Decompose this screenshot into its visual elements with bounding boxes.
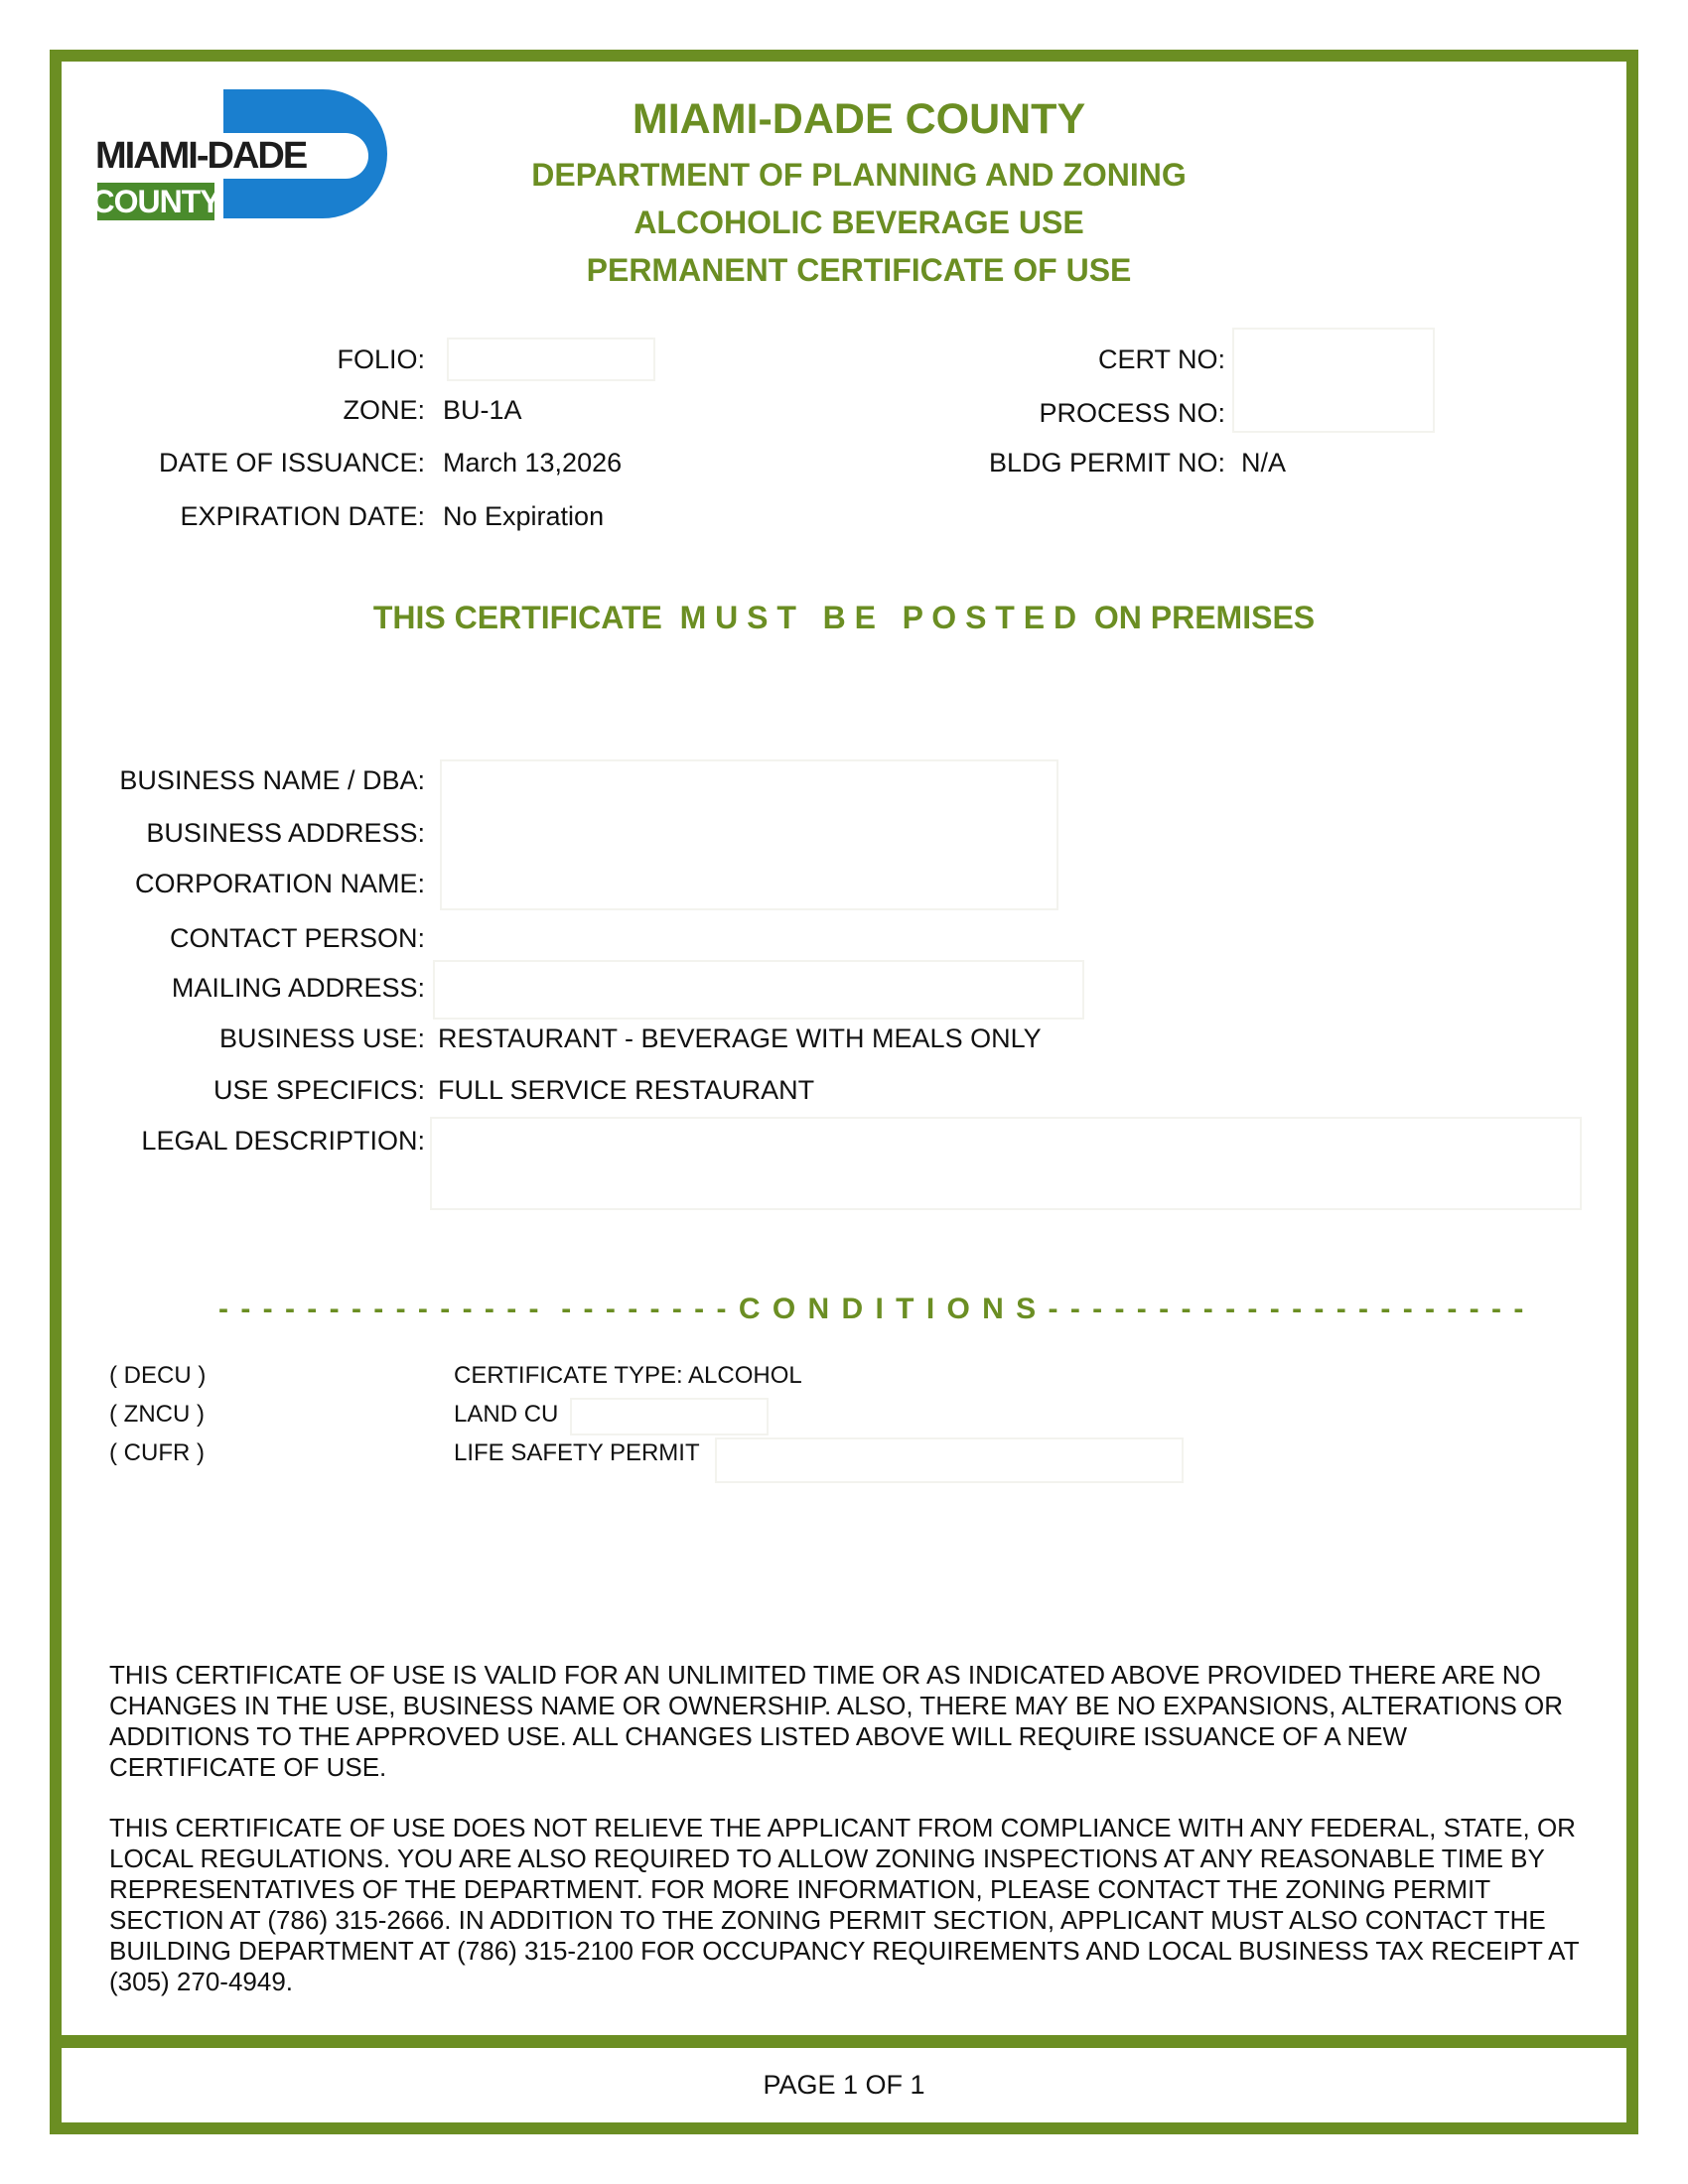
mailing-address-redacted — [433, 960, 1084, 1020]
legal-description-redacted — [430, 1117, 1582, 1210]
posted-notice: THIS CERTIFICATE M U S T B E P O S T E D… — [298, 600, 1390, 636]
condition-text: LIFE SAFETY PERMIT — [454, 1439, 700, 1467]
business-use-value: RESTAURANT - BEVERAGE WITH MEALS ONLY — [438, 1024, 1042, 1054]
issuance-value: March 13,2026 — [443, 448, 622, 478]
cert-no-label: CERT NO: — [1098, 344, 1225, 375]
use-specifics-label: USE SPECIFICS: — [213, 1075, 425, 1106]
county-title: MIAMI-DADE COUNTY — [397, 95, 1321, 144]
logo-county: COUNTY — [97, 183, 214, 220]
conditions-heading: - - - - - - - - - - - - - - - - - - - - … — [218, 1293, 1479, 1326]
process-no-label: PROCESS NO: — [1039, 398, 1225, 429]
cert-process-redacted — [1232, 328, 1435, 433]
contact-person-label: CONTACT PERSON: — [170, 923, 425, 954]
business-name-label: BUSINESS NAME / DBA: — [119, 765, 425, 796]
condition-text: CERTIFICATE TYPE: ALCOHOL — [454, 1362, 802, 1390]
issuance-label: DATE OF ISSUANCE: — [159, 448, 425, 478]
condition-text: LAND CU — [454, 1401, 558, 1429]
condition-code: ( CUFR ) — [109, 1439, 205, 1467]
life-safety-permit-redacted — [715, 1437, 1184, 1483]
use-type-title: ALCOHOLIC BEVERAGE USE — [397, 205, 1321, 241]
miami-dade-logo: MIAMI-DADE COUNTY — [95, 89, 383, 220]
page-number: PAGE 1 OF 1 — [62, 2048, 1626, 2122]
logo-wordmark: MIAMI-DADE — [95, 135, 306, 178]
zone-label: ZONE: — [343, 395, 425, 426]
mailing-address-label: MAILING ADDRESS: — [172, 973, 425, 1004]
department-title: DEPARTMENT OF PLANNING AND ZONING — [397, 157, 1321, 194]
folio-value-redacted — [447, 338, 655, 381]
zone-value: BU-1A — [443, 395, 522, 426]
bldg-permit-label: BLDG PERMIT NO: — [989, 448, 1225, 478]
footer-divider — [50, 2035, 1638, 2048]
expiration-value: No Expiration — [443, 501, 604, 532]
land-cu-redacted — [570, 1398, 769, 1435]
legal-description-label: LEGAL DESCRIPTION: — [141, 1126, 425, 1157]
compliance-paragraph: THIS CERTIFICATE OF USE DOES NOT RELIEVE… — [109, 1813, 1579, 1997]
corporation-label: CORPORATION NAME: — [135, 869, 425, 899]
bldg-permit-value: N/A — [1241, 448, 1286, 478]
business-use-label: BUSINESS USE: — [219, 1024, 425, 1054]
validity-paragraph: THIS CERTIFICATE OF USE IS VALID FOR AN … — [109, 1660, 1579, 1783]
business-address-label: BUSINESS ADDRESS: — [146, 818, 425, 849]
business-info-redacted — [440, 759, 1058, 910]
certificate-title: PERMANENT CERTIFICATE OF USE — [397, 252, 1321, 289]
condition-code: ( DECU ) — [109, 1362, 206, 1390]
use-specifics-value: FULL SERVICE RESTAURANT — [438, 1075, 814, 1106]
expiration-label: EXPIRATION DATE: — [180, 501, 425, 532]
folio-label: FOLIO: — [337, 344, 425, 375]
condition-code: ( ZNCU ) — [109, 1401, 205, 1429]
